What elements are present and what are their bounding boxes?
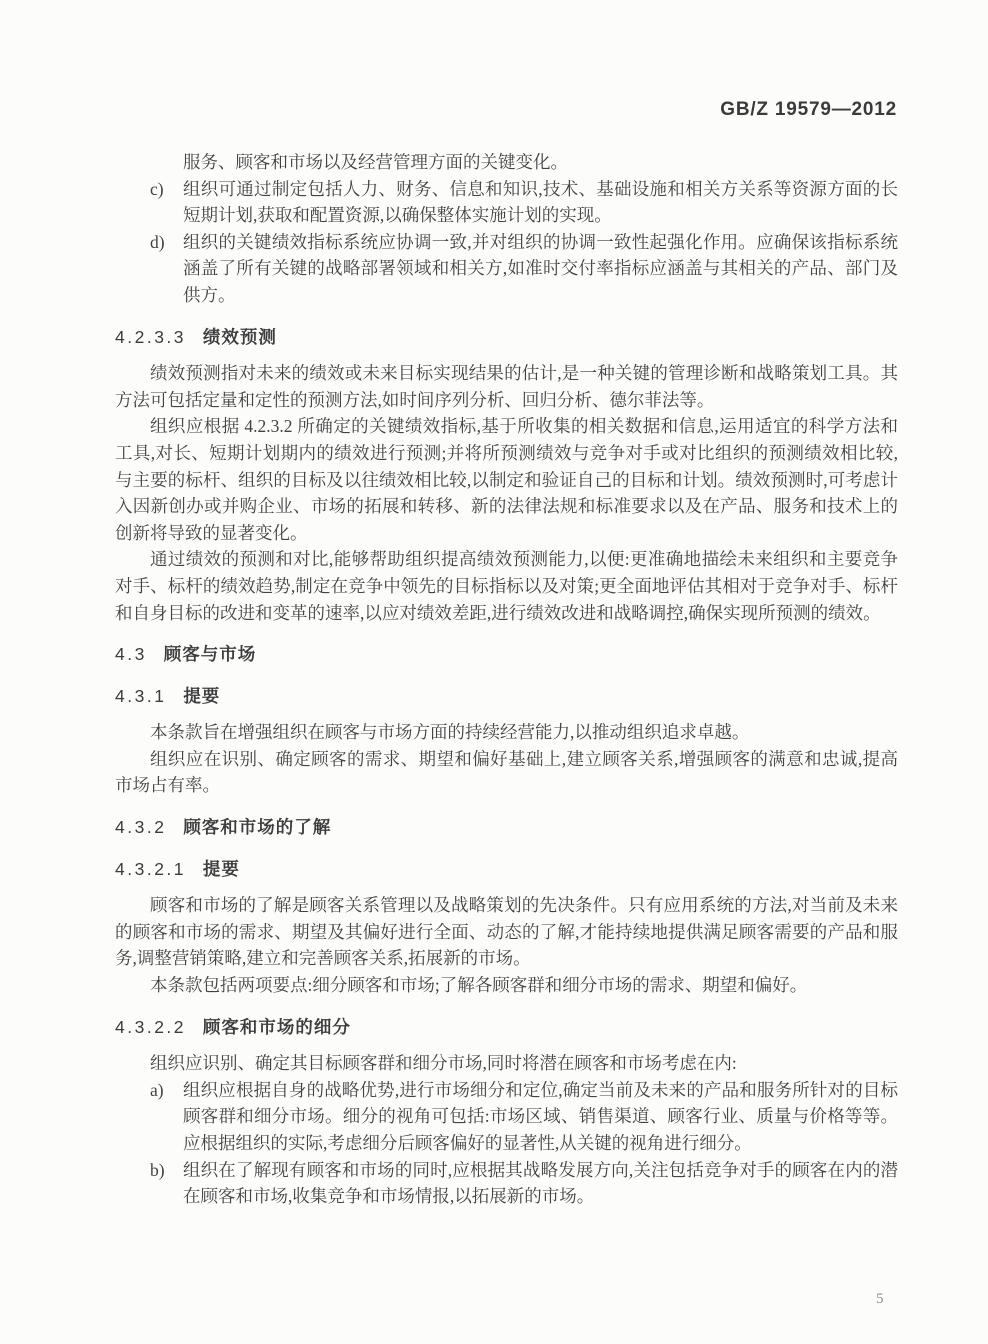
paragraph-forecast-method: 组织应根据 4.2.3.2 所确定的关键绩效指标,基于所收集的相关数据和信息,运… (115, 413, 898, 546)
clause-number: 4.3.1 (115, 686, 166, 706)
continuation-line: 服务、顾客和市场以及经营管理方面的关键变化。 (115, 149, 898, 176)
clause-heading-4-2-3-3: 4.2.3.3 绩效预测 (115, 324, 898, 351)
clause-title: 顾客和市场的了解 (183, 817, 331, 837)
list-text-a: 组织应根据自身的战略优势,进行市场细分和定位,确定当前及未来的产品和服务所针对的… (183, 1080, 898, 1153)
list-marker-d: d) (150, 229, 165, 256)
paragraph-understanding-precondition: 顾客和市场的了解是顾客关系管理以及战略策划的先决条件。只有应用系统的方法,对当前… (115, 892, 898, 972)
paragraph-segmentation-lead: 组织应识别、确定其目标顾客群和细分市场,同时将潜在顾客和市场考虑在内: (115, 1050, 898, 1077)
list-item-a: a) 组织应根据自身的战略优势,进行市场细分和定位,确定当前及未来的产品和服务所… (115, 1077, 898, 1157)
list-item-c: c) 组织可通过制定包括人力、财务、信息和知识,技术、基础设施和相关方关系等资源… (115, 176, 898, 229)
document-page: GB/Z 19579—2012 服务、顾客和市场以及经营管理方面的关键变化。 c… (0, 0, 988, 1344)
paragraph-two-key-points: 本条款包括两项要点:细分顾客和市场;了解各顾客群和细分市场的需求、期望和偏好。 (115, 972, 898, 999)
clause-title: 绩效预测 (203, 327, 277, 347)
page-body: 服务、顾客和市场以及经营管理方面的关键变化。 c) 组织可通过制定包括人力、财务… (115, 149, 898, 1210)
clause-heading-4-3-1: 4.3.1 提要 (115, 683, 898, 710)
clause-title: 提要 (183, 686, 220, 706)
paragraph-customer-market-purpose: 本条款旨在增强组织在顾客与市场方面的持续经营能力,以推动组织追求卓越。 (115, 719, 898, 746)
paragraph-performance-forecast-intro: 绩效预测指对未来的绩效或未来目标实现结果的估计,是一种关键的管理诊断和战略策划工… (115, 360, 898, 413)
clause-heading-4-3-2: 4.3.2 顾客和市场的了解 (115, 814, 898, 841)
clause-heading-4-3-2-1: 4.3.2.1 提要 (115, 856, 898, 883)
clause-heading-4-3: 4.3 顾客与市场 (115, 641, 898, 668)
list-item-d: d) 组织的关键绩效指标系统应协调一致,并对组织的协调一致性起强化作用。应确保该… (115, 229, 898, 309)
clause-heading-4-3-2-2: 4.3.2.2 顾客和市场的细分 (115, 1014, 898, 1041)
clause-title: 顾客和市场的细分 (203, 1017, 351, 1037)
standard-code-header: GB/Z 19579—2012 (720, 99, 897, 121)
paragraph-forecast-benefit: 通过绩效的预测和对比,能够帮助组织提高绩效预测能力,以便:更准确地描绘未来组织和… (115, 546, 898, 626)
clause-number: 4.3.2.2 (115, 1017, 186, 1037)
clause-number: 4.3.2.1 (115, 859, 186, 879)
list-item-b: b) 组织在了解现有顾客和市场的同时,应根据其战略发展方向,关注包括竞争对手的顾… (115, 1157, 898, 1210)
list-text-b: 组织在了解现有顾客和市场的同时,应根据其战略发展方向,关注包括竞争对手的顾客在内… (183, 1160, 898, 1207)
list-marker-c: c) (150, 176, 164, 203)
clause-number: 4.3.2 (115, 817, 166, 837)
clause-number: 4.2.3.3 (115, 327, 186, 347)
list-marker-b: b) (150, 1157, 165, 1184)
paragraph-customer-relationship: 组织应在识别、确定顾客的需求、期望和偏好基础上,建立顾客关系,增强顾客的满意和忠… (115, 746, 898, 799)
page-number: 5 (876, 1291, 884, 1308)
list-text-d: 组织的关键绩效指标系统应协调一致,并对组织的协调一致性起强化作用。应确保该指标系… (183, 232, 898, 305)
clause-title: 顾客与市场 (164, 644, 257, 664)
list-marker-a: a) (150, 1077, 164, 1104)
clause-title: 提要 (203, 859, 240, 879)
clause-number: 4.3 (115, 644, 147, 664)
list-text-c: 组织可通过制定包括人力、财务、信息和知识,技术、基础设施和相关方关系等资源方面的… (183, 179, 898, 226)
